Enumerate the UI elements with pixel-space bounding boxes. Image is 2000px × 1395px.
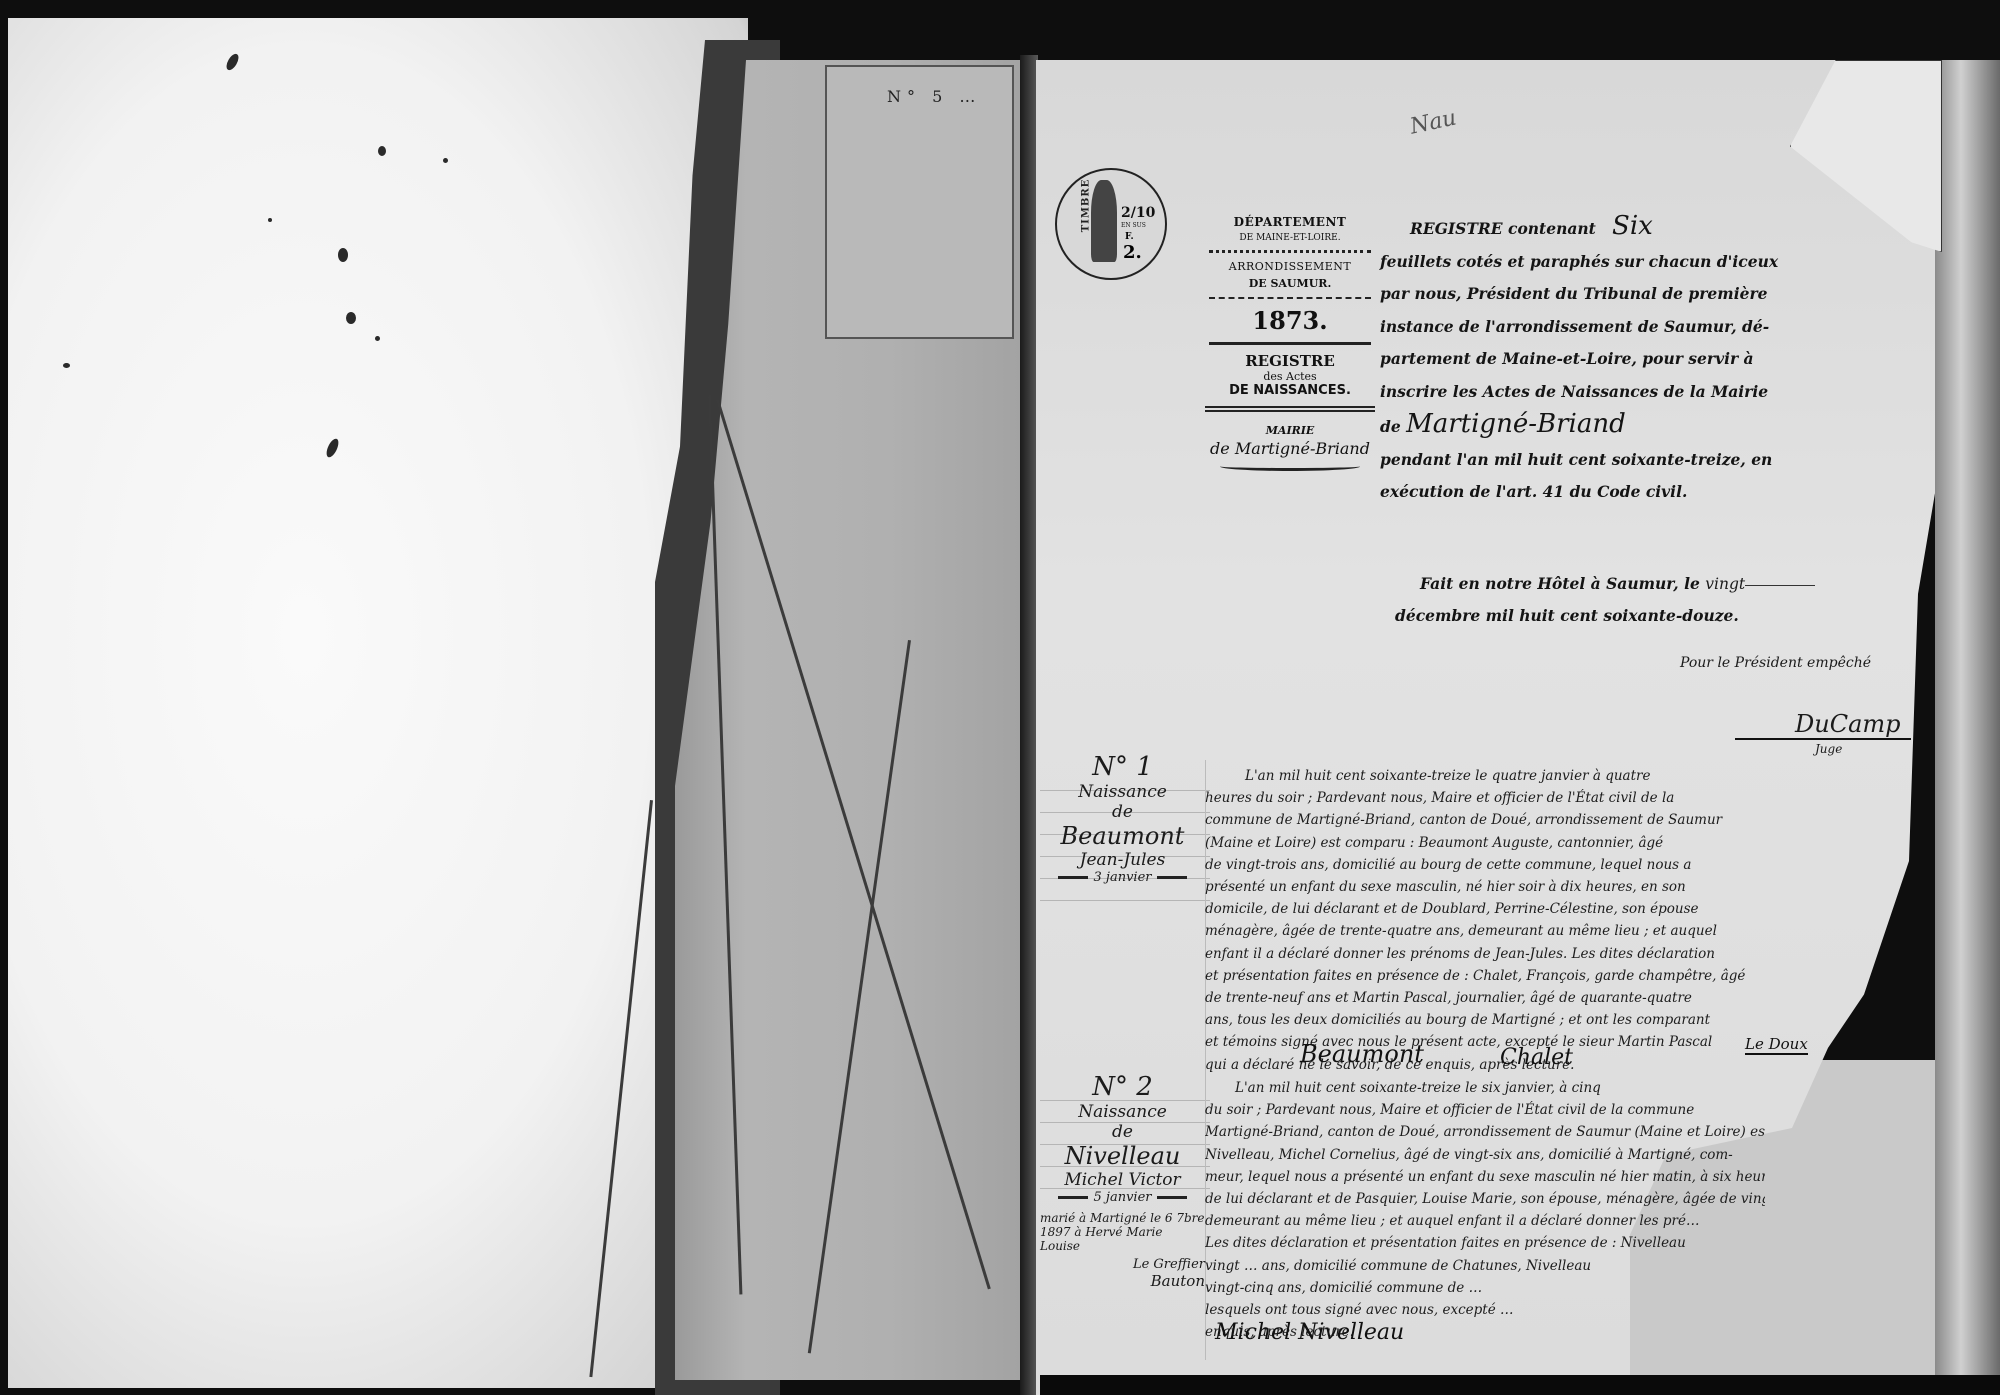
department-title: DÉPARTEMENT bbox=[1205, 215, 1375, 229]
act-given-names: Michel Victor bbox=[1040, 1170, 1205, 1190]
greffier-signature: Le Greffier bbox=[1040, 1257, 1205, 1272]
marriage-note: marié à Martigné le 6 7bre 1897 à Hervé … bbox=[1040, 1211, 1205, 1253]
divider bbox=[1209, 342, 1371, 345]
printed-text: REGISTRE contenant bbox=[1380, 219, 1596, 238]
act-line: vingt-cinq ans, domicilié commune de … bbox=[1205, 1277, 1535, 1299]
act-line: domicile, de lui déclarant et de Doublar… bbox=[1205, 898, 1905, 920]
act-line: Les dites déclaration et présentation fa… bbox=[1205, 1232, 1765, 1254]
act-de: de bbox=[1040, 1122, 1205, 1142]
act-line: heures du soir ; Pardevant nous, Maire e… bbox=[1205, 787, 1905, 809]
act-number: N° 1 bbox=[1040, 752, 1205, 782]
act-line: Martigné-Briand, canton de Doué, arrondi… bbox=[1205, 1121, 1765, 1143]
register-year: 1873. bbox=[1205, 306, 1375, 335]
act-line: meur, lequel nous a présenté un enfant d… bbox=[1205, 1166, 1765, 1188]
act-line: lesquels ont tous signé avec nous, excep… bbox=[1205, 1299, 1535, 1321]
act-body: L'an mil huit cent soixante-treize le qu… bbox=[1205, 765, 1905, 1076]
act-line: vingt … ans, domicilié commune de Chatun… bbox=[1205, 1255, 1765, 1277]
act-surname: Beaumont bbox=[1040, 822, 1205, 850]
certification-paragraph: REGISTRE contenant Six feuillets cotés e… bbox=[1380, 210, 1925, 509]
blank-left-leaf bbox=[8, 18, 748, 1388]
signature: Beaumont bbox=[1300, 1040, 1424, 1068]
handwritten-commune: Martigné-Briand bbox=[1406, 409, 1626, 439]
spine-gutter bbox=[1020, 55, 1038, 1395]
act-line: commune de Martigné-Briand, canton de Do… bbox=[1205, 809, 1905, 831]
department-name: DE MAINE-ET-LOIRE. bbox=[1205, 233, 1375, 243]
act-line: de lui déclarant et de Pasquier, Louise … bbox=[1205, 1188, 1765, 1210]
act-number: N° 2 bbox=[1040, 1072, 1205, 1102]
printed-text: par nous, Président du Tribunal de premi… bbox=[1380, 278, 1925, 311]
act-line: (Maine et Loire) est comparu : Beaumont … bbox=[1205, 832, 1905, 854]
act-line: L'an mil huit cent soixante-treize le si… bbox=[1205, 1077, 1765, 1099]
act-kind: Naissance bbox=[1040, 782, 1205, 802]
register-header: DÉPARTEMENT DE MAINE-ET-LOIRE. ARRONDISS… bbox=[1205, 215, 1375, 471]
divider bbox=[1209, 250, 1371, 253]
act-surname: Nivelleau bbox=[1040, 1142, 1205, 1170]
stamp-value-sub: EN SUS bbox=[1121, 222, 1146, 229]
arrondissement-name: DE SAUMUR. bbox=[1205, 277, 1375, 290]
register-title: REGISTRE bbox=[1205, 352, 1375, 370]
printed-text: inscrire les Actes de Naissances de la M… bbox=[1380, 376, 1925, 409]
act-line: ménagère, âgée de trente-quatre ans, dem… bbox=[1205, 920, 1905, 942]
printed-text: exécution de l'art. 41 du Code civil. bbox=[1380, 476, 1925, 509]
divider bbox=[1209, 297, 1371, 299]
printed-text: de bbox=[1380, 417, 1401, 436]
flourish bbox=[1220, 462, 1360, 471]
act-kind: Naissance bbox=[1040, 1102, 1205, 1122]
signature: Le Doux bbox=[1745, 1035, 1808, 1055]
judge-signature: DuCamp bbox=[1735, 710, 1911, 740]
mairie-name: de Martigné-Briand bbox=[1205, 439, 1375, 458]
flyleaf-marks: N° 5 … bbox=[887, 87, 981, 106]
arrondissement-title: ARRONDISSEMENT bbox=[1205, 260, 1375, 273]
signature: Michel Nivelleau bbox=[1215, 1320, 1404, 1345]
act-line: demeurant au même lieu ; et auquel enfan… bbox=[1205, 1210, 1765, 1232]
act-date: 5 janvier bbox=[1040, 1190, 1205, 1205]
act-line: du soir ; Pardevant nous, Maire et offic… bbox=[1205, 1099, 1765, 1121]
tax-stamp: TIMBRE 2/10 EN SUS F. 2. bbox=[1055, 168, 1167, 280]
act-line: et présentation faites en présence de : … bbox=[1205, 965, 1905, 987]
act-date: 3 janvier bbox=[1040, 870, 1205, 885]
stamp-value-top: 2/10 bbox=[1121, 205, 1155, 221]
act-line: de vingt-trois ans, domicilié au bourg d… bbox=[1205, 854, 1905, 876]
handwritten-leaf-count: Six bbox=[1612, 211, 1653, 241]
stamp-label: TIMBRE bbox=[1080, 179, 1091, 233]
register-kind: DE NAISSANCES. bbox=[1205, 383, 1375, 398]
closing-paragraph: Fait en notre Hôtel à Saumur, le vingt d… bbox=[1395, 568, 1925, 632]
stamp-value: 2. bbox=[1123, 242, 1142, 263]
mairie-label: MAIRIE bbox=[1205, 424, 1375, 437]
register-subtitle: des Actes bbox=[1205, 370, 1375, 383]
scan-bottom-border bbox=[1040, 1375, 2000, 1395]
printed-text: Fait en notre Hôtel à Saumur, le bbox=[1420, 574, 1700, 593]
printed-text: feuillets cotés et paraphés sur chacun d… bbox=[1380, 246, 1925, 279]
judge-title: Juge bbox=[1815, 742, 1842, 756]
act-line: enfant il a déclaré donner les prénoms d… bbox=[1205, 943, 1905, 965]
act-margin-entry: N° 1 Naissance de Beaumont Jean-Jules 3 … bbox=[1040, 752, 1205, 885]
flyleaf-tab: N° 5 … bbox=[825, 65, 1014, 339]
act-body: L'an mil huit cent soixante-treize le si… bbox=[1205, 1077, 1765, 1343]
act-line: de trente-neuf ans et Martin Pascal, jou… bbox=[1205, 987, 1905, 1009]
handwritten-day: vingt bbox=[1705, 575, 1745, 593]
printed-text: décembre mil huit cent soixante-douze. bbox=[1395, 600, 1925, 632]
printed-text: pendant l'an mil huit cent soixante-trei… bbox=[1380, 444, 1925, 477]
page-right-edge bbox=[1935, 60, 2000, 1395]
printed-text: partement de Maine-et-Loire, pour servir… bbox=[1380, 343, 1925, 376]
act-line: ans, tous les deux domiciliés au bourg d… bbox=[1205, 1009, 1905, 1031]
greffier-name: Bauton bbox=[1040, 1272, 1205, 1290]
act-line: L'an mil huit cent soixante-treize le qu… bbox=[1205, 765, 1905, 787]
divider bbox=[1205, 406, 1375, 412]
act-de: de bbox=[1040, 802, 1205, 822]
signature: Chalet bbox=[1500, 1045, 1573, 1070]
printed-text: instance de l'arrondissement de Saumur, … bbox=[1380, 311, 1925, 344]
act-given-names: Jean-Jules bbox=[1040, 850, 1205, 870]
act-line: présenté un enfant du sexe masculin, né … bbox=[1205, 876, 1905, 898]
act-margin-entry: N° 2 Naissance de Nivelleau Michel Victo… bbox=[1040, 1072, 1205, 1290]
justice-figure-icon bbox=[1091, 180, 1117, 262]
president-note: Pour le Président empêché bbox=[1680, 655, 1871, 671]
stamp-currency: F. bbox=[1125, 232, 1134, 242]
act-line: Nivelleau, Michel Cornelius, âgé de ving… bbox=[1205, 1144, 1765, 1166]
